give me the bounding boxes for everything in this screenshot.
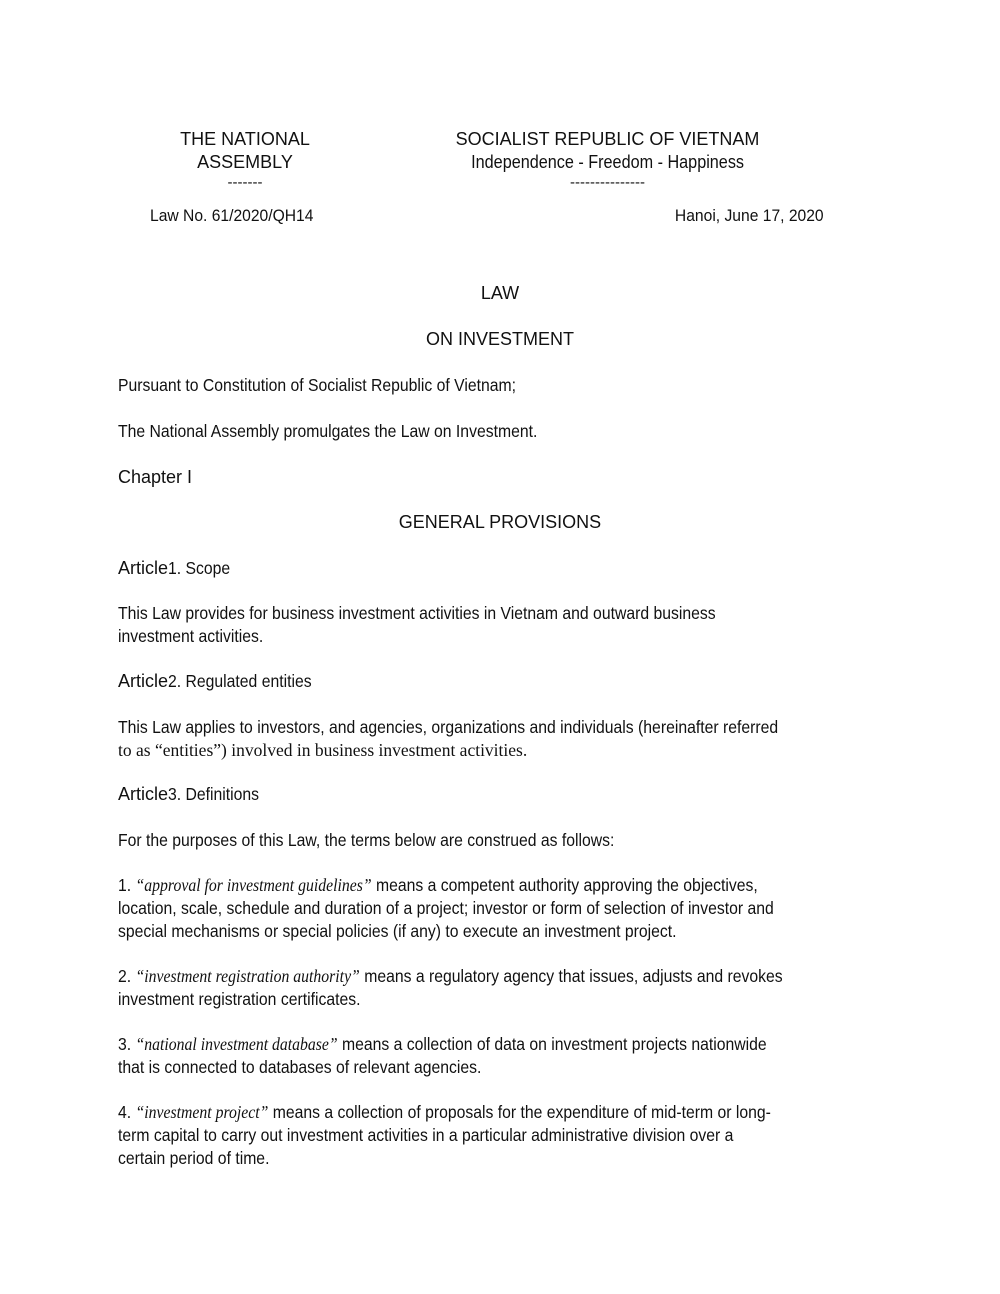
law-number: Law No. 61/2020/QH14 bbox=[150, 206, 313, 226]
country-name: SOCIALIST REPUBLIC OF VIETNAM bbox=[420, 128, 795, 151]
defined-term: “investment registration authority” bbox=[136, 966, 360, 986]
issuing-body: THE NATIONAL ASSEMBLY ------- bbox=[130, 128, 360, 192]
definition-3: 3. “national investment database” means … bbox=[118, 1033, 898, 1079]
issuing-body-divider: ------- bbox=[130, 174, 360, 192]
preamble-1: Pursuant to Constitution of Socialist Re… bbox=[118, 374, 898, 397]
motto: Independence - Freedom - Happiness bbox=[420, 151, 795, 174]
definition-1: 1. “approval for investment guidelines” … bbox=[118, 874, 898, 943]
document-subtitle: ON INVESTMENT bbox=[0, 329, 1000, 350]
article-3-heading: Article 3. Definitions bbox=[118, 783, 898, 806]
preamble-2: The National Assembly promulgates the La… bbox=[118, 420, 898, 443]
national-motto: SOCIALIST REPUBLIC OF VIETNAM Independen… bbox=[420, 128, 795, 192]
article-1-body: This Law provides for business investmen… bbox=[118, 602, 898, 648]
defined-term: “investment project” bbox=[136, 1102, 269, 1122]
definition-4: 4. “investment project” means a collecti… bbox=[118, 1101, 898, 1170]
article-3-intro: For the purposes of this Law, the terms … bbox=[118, 829, 898, 852]
chapter-title: GENERAL PROVISIONS bbox=[0, 512, 1000, 533]
document-page: THE NATIONAL ASSEMBLY ------- SOCIALIST … bbox=[0, 0, 1000, 1294]
document-title: LAW bbox=[0, 283, 1000, 304]
defined-term: “approval for investment guidelines” bbox=[136, 875, 372, 895]
place-date: Hanoi, June 17, 2020 bbox=[675, 206, 824, 226]
article-2-heading: Article 2. Regulated entities bbox=[118, 670, 898, 693]
issuing-body-line1: THE NATIONAL bbox=[130, 128, 360, 151]
defined-term: “national investment database” bbox=[136, 1034, 338, 1054]
motto-divider: --------------- bbox=[420, 174, 795, 192]
issuing-body-line2: ASSEMBLY bbox=[130, 151, 360, 174]
article-2-body: This Law applies to investors, and agenc… bbox=[118, 716, 898, 762]
definition-2: 2. “investment registration authority” m… bbox=[118, 965, 898, 1011]
article-1-heading: Article 1. Scope bbox=[118, 557, 898, 580]
chapter-label: Chapter I bbox=[118, 466, 898, 489]
